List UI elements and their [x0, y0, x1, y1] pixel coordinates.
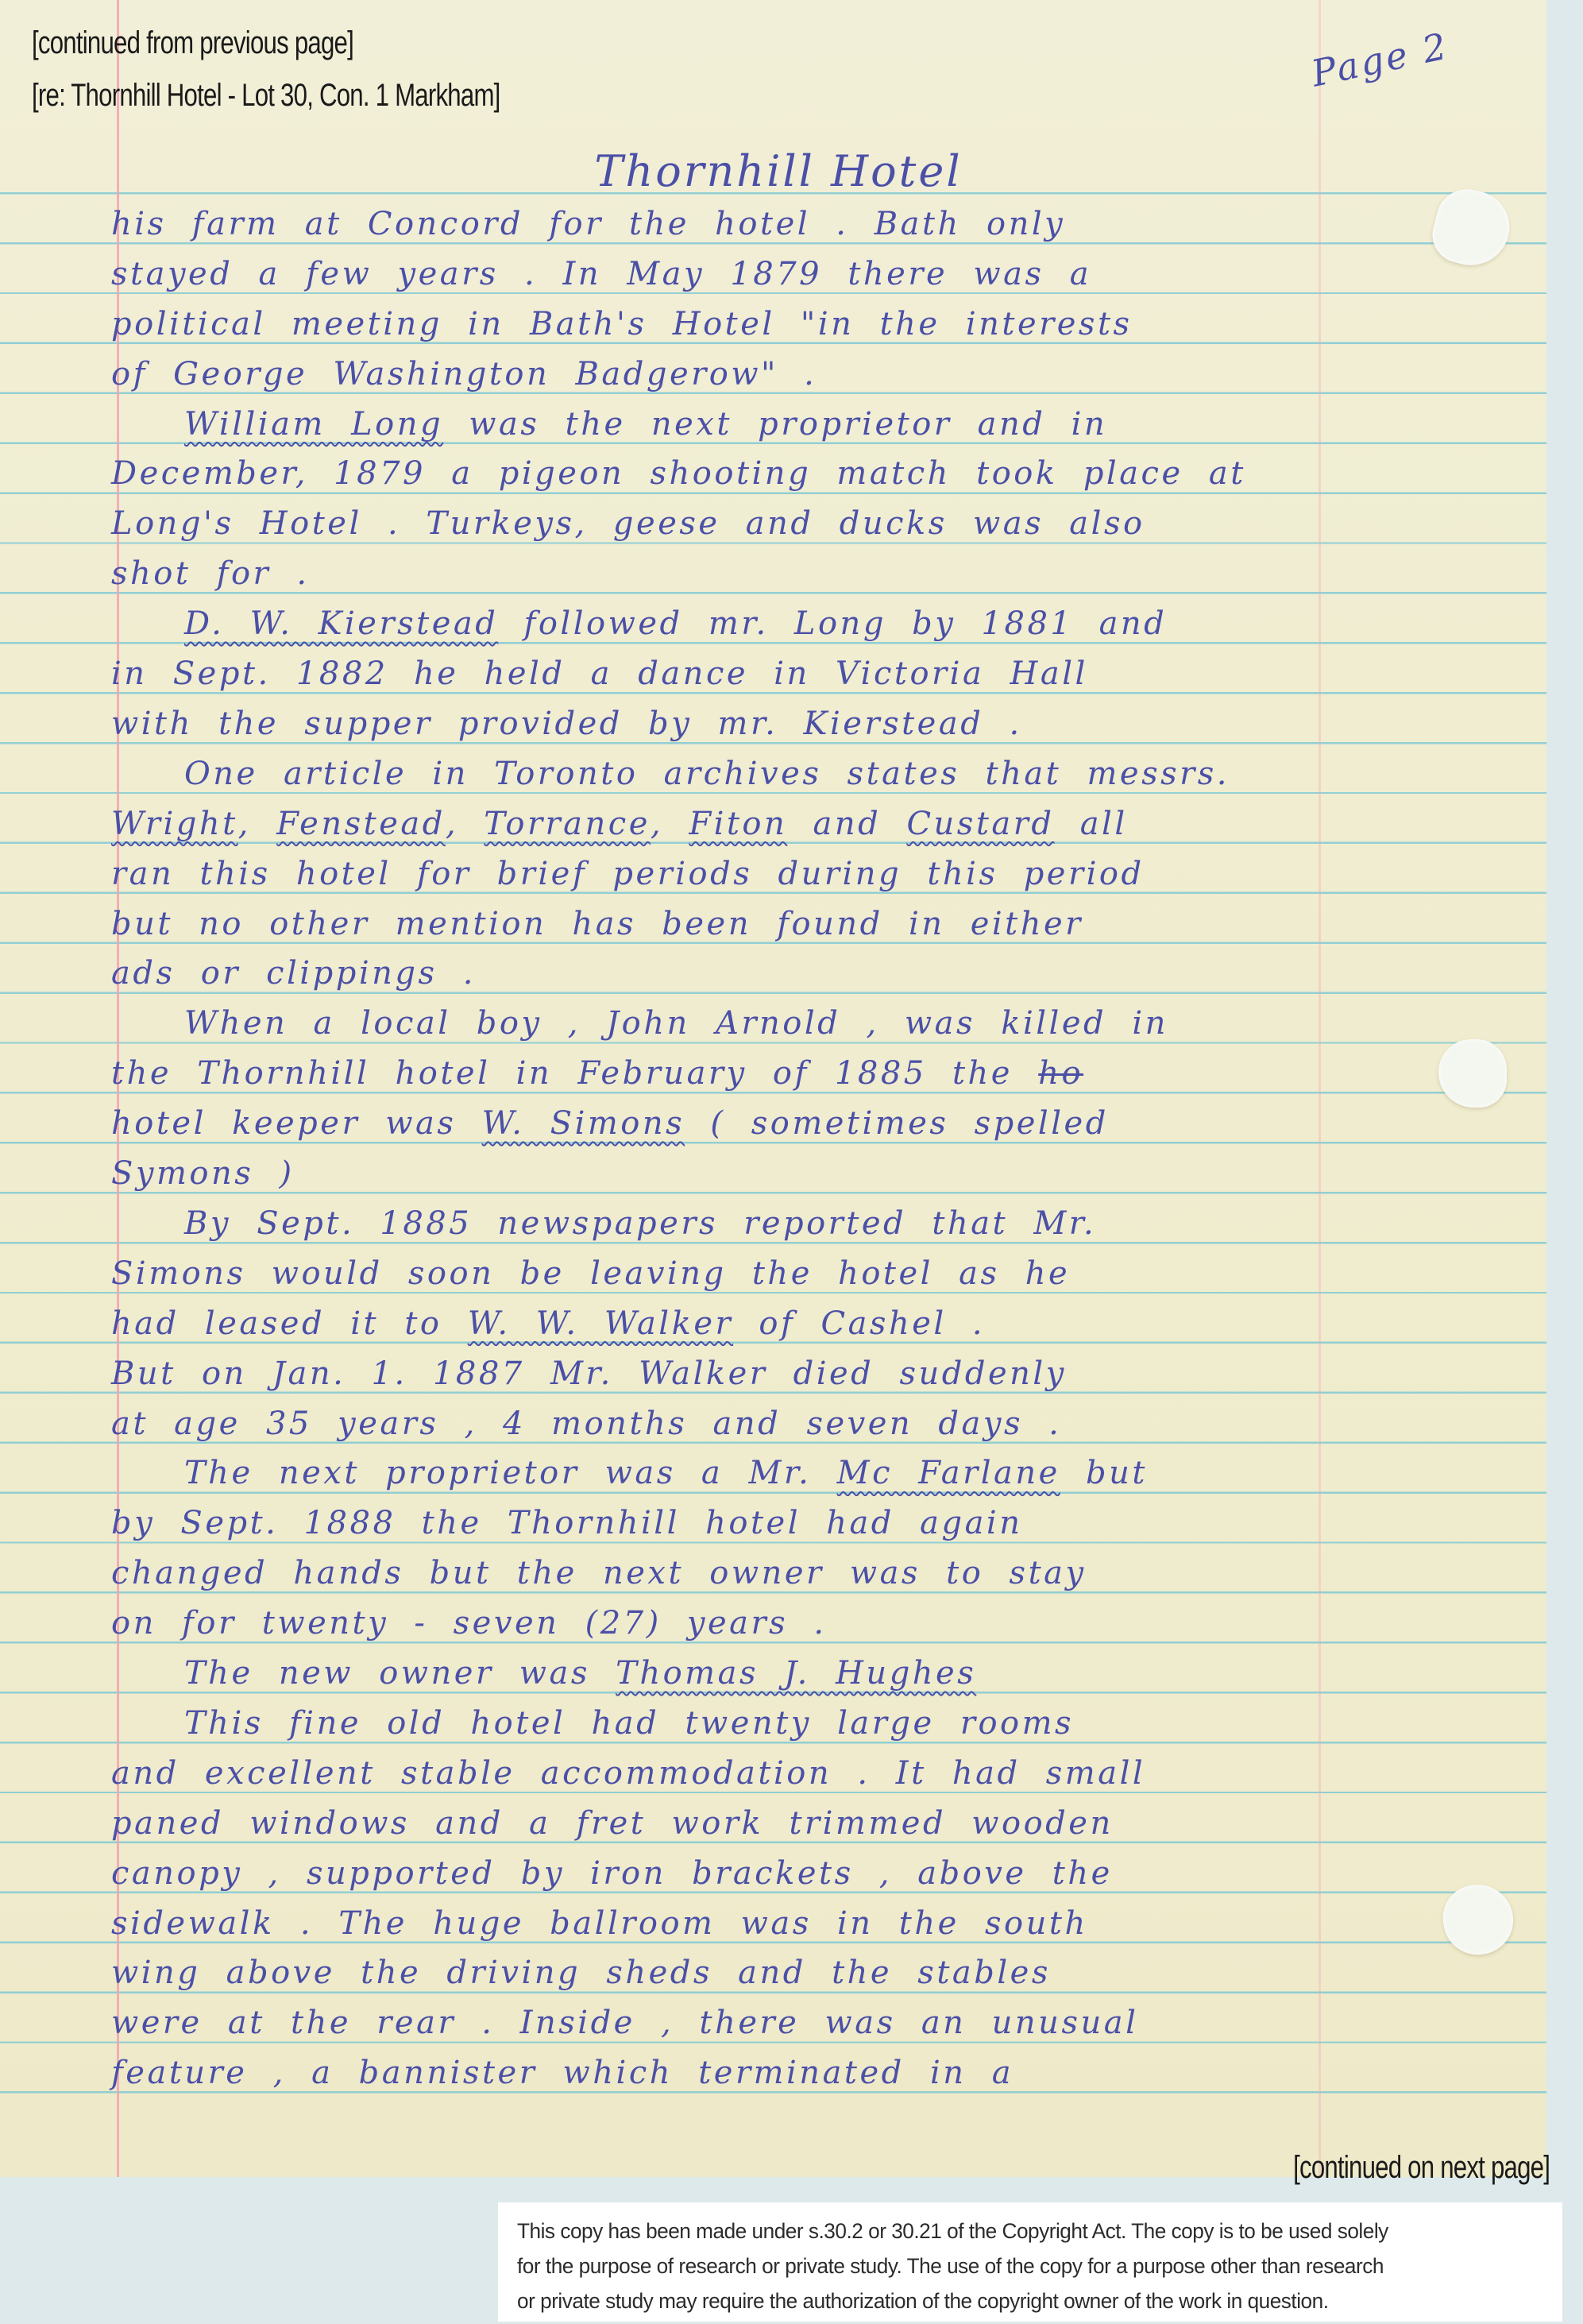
handwriting-line: at age 35 years , 4 months and seven day… — [111, 1403, 1061, 1444]
handwriting-line: by Sept. 1888 the Thornhill hotel had ag… — [111, 1502, 1022, 1544]
handwriting-line: The new owner was Thomas J. Hughes — [184, 1653, 976, 1694]
copyright-notice-line: This copy has been made under s.30.2 or … — [517, 2214, 1514, 2249]
underlined-name: Thomas J. Hughes — [616, 1655, 976, 1692]
handwriting-text: When a local boy , John Arnold , was kil… — [184, 1005, 1168, 1042]
handwriting-line: were at the rear . Inside , there was an… — [111, 2002, 1138, 2044]
handwriting-line: of George Washington Badgerow" . — [111, 354, 817, 395]
handwriting-text: ran this hotel for brief periods during … — [111, 856, 1145, 892]
handwriting-text: but — [1060, 1455, 1148, 1491]
handwriting-line: William Long was the next proprietor and… — [184, 404, 1107, 445]
underlined-name: W. Simons — [482, 1105, 685, 1142]
handwriting-text: wing above the driving sheds and the sta… — [111, 1955, 1051, 1991]
handwriting-text: changed hands but the next owner was to … — [111, 1555, 1087, 1591]
handwriting-line: and excellent stable accommodation . It … — [111, 1753, 1145, 1794]
handwriting-text: by Sept. 1888 the Thornhill hotel had ag… — [111, 1505, 1022, 1541]
handwriting-line: But on Jan. 1. 1887 Mr. Walker died sudd… — [111, 1353, 1067, 1394]
handwriting-text: paned windows and a fret work trimmed wo… — [111, 1805, 1114, 1842]
handwriting-text: on for twenty - seven (27) years . — [111, 1605, 827, 1641]
handwriting-line: his farm at Concord for the hotel . Bath… — [111, 203, 1065, 245]
continued-on-note: [continued on next page] — [1293, 2150, 1550, 2186]
handwriting-line: When a local boy , John Arnold , was kil… — [184, 1003, 1168, 1044]
notebook-paper: [continued from previous page] [re: Thor… — [0, 0, 1546, 2177]
handwriting-text: followed mr. Long by 1881 and — [498, 605, 1167, 642]
handwriting-text: , — [446, 806, 484, 842]
handwriting-line: political meeting in Bath's Hotel "in th… — [111, 304, 1133, 345]
handwriting-text: feature , a bannister which terminated i… — [111, 2055, 1014, 2091]
handwriting-line: with the supper provided by mr. Kierstea… — [111, 703, 1022, 744]
underlined-name: Custard — [906, 806, 1054, 842]
handwriting-text: sidewalk . The huge ballroom was in the … — [111, 1905, 1088, 1942]
handwriting-line: Long's Hotel . Turkeys, geese and ducks … — [111, 503, 1145, 544]
handwriting-text: , — [238, 806, 276, 842]
handwriting-line: By Sept. 1885 newspapers reported that M… — [184, 1203, 1096, 1244]
handwriting-text: all — [1054, 806, 1127, 842]
handwriting-text: and — [787, 806, 906, 842]
handwriting-text: December, 1879 a pigeon shooting match t… — [111, 455, 1246, 492]
handwriting-text: were at the rear . Inside , there was an… — [111, 2005, 1138, 2041]
handwriting-text: hotel keeper was — [111, 1105, 482, 1142]
handwriting-line: One article in Toronto archives states t… — [184, 753, 1230, 795]
handwritten-body: his farm at Concord for the hotel . Bath… — [0, 0, 1546, 2177]
struck-out-text: ho — [1038, 1055, 1083, 1092]
handwriting-line: ran this hotel for brief periods during … — [111, 853, 1145, 895]
handwriting-line: hotel keeper was W. Simons ( sometimes s… — [111, 1103, 1109, 1144]
handwriting-line: changed hands but the next owner was to … — [111, 1553, 1087, 1594]
underlined-name: Torrance — [484, 806, 651, 842]
handwriting-line: D. W. Kierstead followed mr. Long by 188… — [184, 603, 1167, 644]
handwriting-text: , — [651, 806, 689, 842]
handwriting-text: Long's Hotel . Turkeys, geese and ducks … — [111, 505, 1145, 542]
handwriting-text: at age 35 years , 4 months and seven day… — [111, 1406, 1061, 1442]
copyright-notice: This copy has been made under s.30.2 or … — [498, 2202, 1562, 2322]
handwriting-text: but no other mention has been found in e… — [111, 906, 1083, 942]
underlined-name: Fenstead — [276, 806, 446, 842]
handwriting-text: Simons would soon be leaving the hotel a… — [111, 1255, 1070, 1292]
scanned-document-page: [continued from previous page] [re: Thor… — [0, 0, 1583, 2324]
underlined-name: Mc Farlane — [837, 1455, 1060, 1491]
handwriting-text: Symons ) — [111, 1155, 295, 1192]
underlined-name: Fiton — [689, 806, 787, 842]
handwriting-line: Wright, Fenstead, Torrance, Fiton and Cu… — [111, 803, 1128, 845]
handwriting-line: sidewalk . The huge ballroom was in the … — [111, 1903, 1088, 1944]
underlined-name: William Long — [184, 406, 443, 443]
handwriting-line: feature , a bannister which terminated i… — [111, 2052, 1014, 2094]
underlined-name: D. W. Kierstead — [184, 605, 498, 642]
handwriting-text: and excellent stable accommodation . It … — [111, 1755, 1145, 1792]
handwriting-line: Symons ) — [111, 1153, 295, 1194]
handwriting-line: canopy , supported by iron brackets , ab… — [111, 1853, 1113, 1894]
handwriting-line: paned windows and a fret work trimmed wo… — [111, 1803, 1114, 1844]
handwriting-text: ( sometimes spelled — [685, 1105, 1109, 1142]
handwriting-line: shot for . — [111, 553, 310, 594]
handwriting-text: of Cashel . — [733, 1305, 985, 1342]
handwriting-text: stayed a few years . In May 1879 there w… — [111, 256, 1091, 292]
handwriting-text: The new owner was — [184, 1655, 616, 1692]
handwriting-text: was the next proprietor and in — [443, 406, 1107, 443]
handwriting-text: ads or clippings . — [111, 955, 476, 992]
handwriting-line: This fine old hotel had twenty large roo… — [184, 1703, 1074, 1744]
handwriting-line: ads or clippings . — [111, 953, 476, 994]
handwriting-text: political meeting in Bath's Hotel "in th… — [111, 306, 1133, 342]
handwriting-text: with the supper provided by mr. Kierstea… — [111, 706, 1022, 742]
handwriting-text: shot for . — [111, 555, 310, 592]
copyright-notice-line: or private study may require the authori… — [517, 2283, 1514, 2318]
handwriting-text: of George Washington Badgerow" . — [111, 356, 817, 392]
handwriting-text: But on Jan. 1. 1887 Mr. Walker died sudd… — [111, 1355, 1067, 1392]
handwriting-line: December, 1879 a pigeon shooting match t… — [111, 453, 1246, 494]
handwriting-line: wing above the driving sheds and the sta… — [111, 1952, 1051, 1993]
handwriting-text: By Sept. 1885 newspapers reported that M… — [184, 1205, 1096, 1242]
handwriting-text: his farm at Concord for the hotel . Bath… — [111, 206, 1065, 242]
handwriting-line: Simons would soon be leaving the hotel a… — [111, 1253, 1070, 1294]
handwriting-text: the Thornhill hotel in February of 1885 … — [111, 1055, 1038, 1092]
handwriting-text: One article in Toronto archives states t… — [184, 756, 1230, 792]
handwriting-line: stayed a few years . In May 1879 there w… — [111, 253, 1091, 295]
handwriting-text: The next proprietor was a Mr. — [184, 1455, 837, 1491]
handwriting-line: in Sept. 1882 he held a dance in Victori… — [111, 653, 1088, 694]
paper-blemish — [1438, 1039, 1507, 1108]
handwriting-line: had leased it to W. W. Walker of Cashel … — [111, 1303, 985, 1344]
handwriting-text: had leased it to — [111, 1305, 468, 1342]
handwriting-text: in Sept. 1882 he held a dance in Victori… — [111, 655, 1088, 692]
handwriting-line: but no other mention has been found in e… — [111, 903, 1083, 945]
handwriting-text: canopy , supported by iron brackets , ab… — [111, 1855, 1113, 1892]
handwriting-line: the Thornhill hotel in February of 1885 … — [111, 1053, 1083, 1094]
copyright-notice-line: for the purpose of research or private s… — [517, 2249, 1514, 2283]
handwriting-text: This fine old hotel had twenty large roo… — [184, 1705, 1074, 1742]
handwriting-line: on for twenty - seven (27) years . — [111, 1603, 827, 1644]
underlined-name: W. W. Walker — [468, 1305, 733, 1342]
handwriting-line: The next proprietor was a Mr. Mc Farlane… — [184, 1452, 1148, 1494]
underlined-name: Wright — [111, 806, 238, 842]
